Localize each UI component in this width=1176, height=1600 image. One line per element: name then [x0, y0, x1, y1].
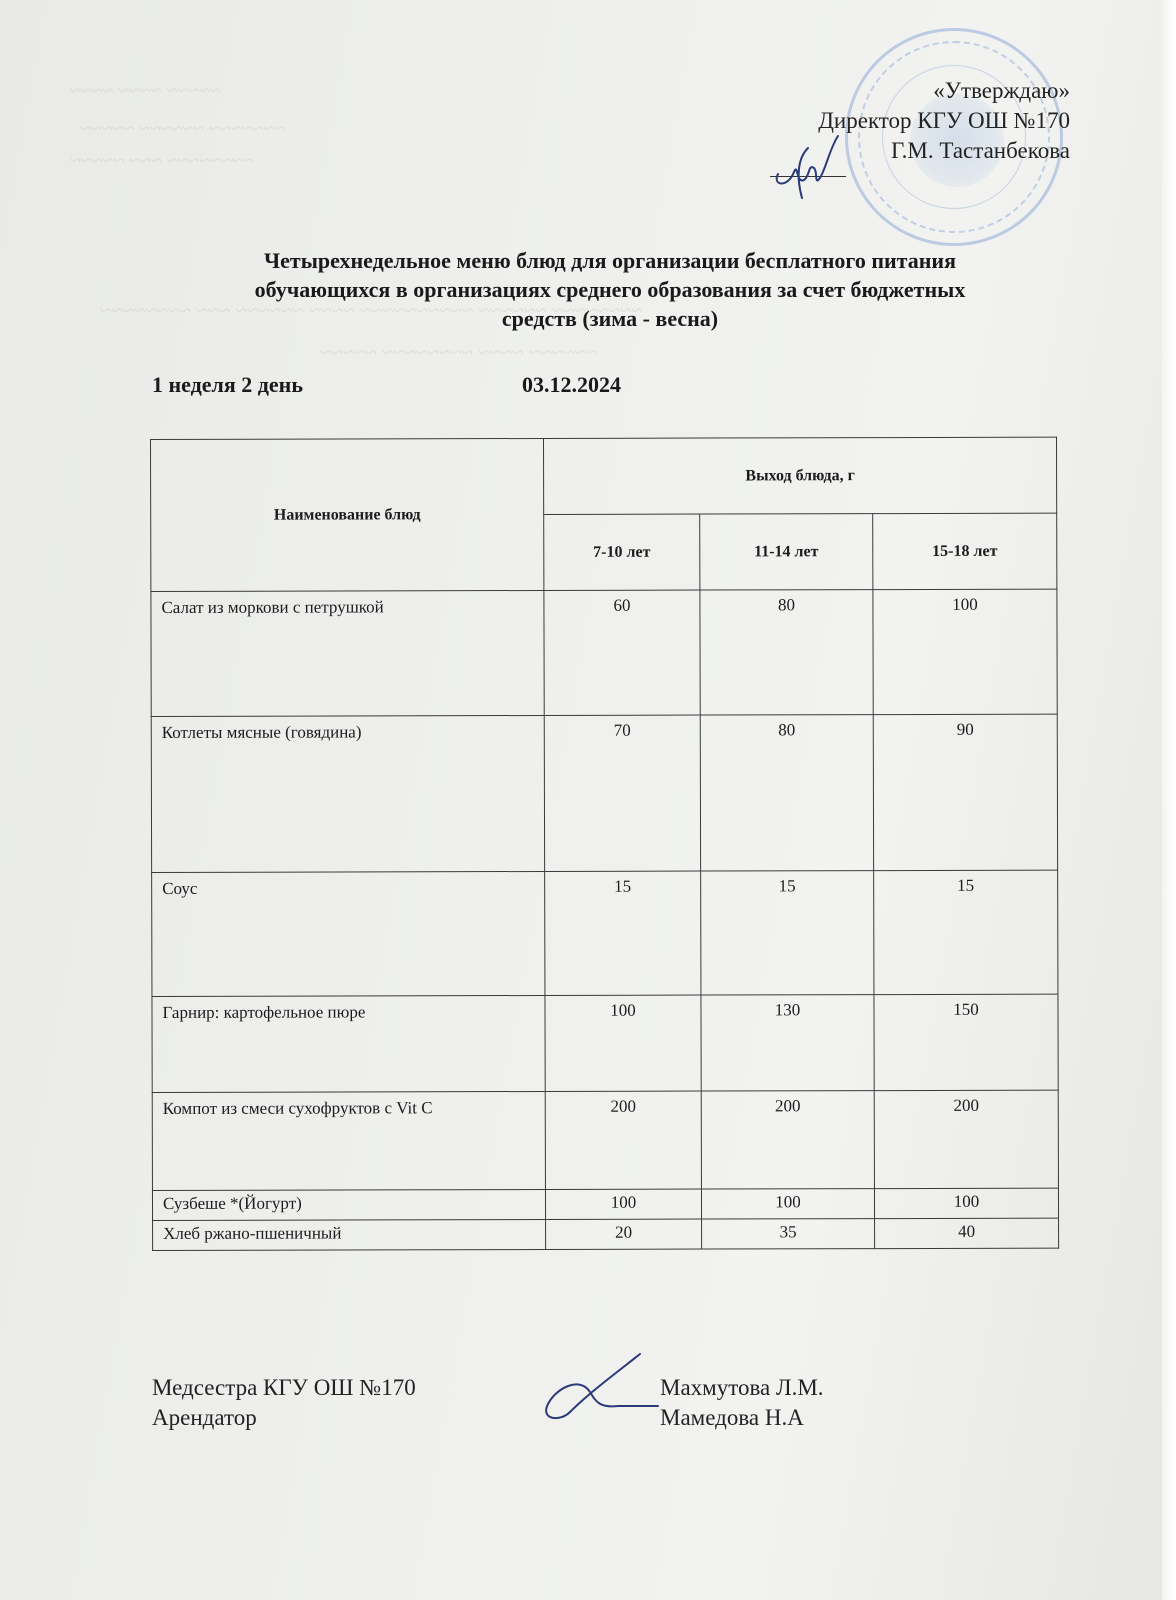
table-row: Хлеб ржано-пшеничный 20 35 40	[153, 1218, 1059, 1250]
tenant-role: Арендатор	[152, 1403, 416, 1433]
week-day-label: 1 неделя 2 день	[152, 372, 303, 398]
dish-name: Сузбеше *(Йогурт)	[152, 1189, 545, 1220]
dish-name: Котлеты мясные (говядина)	[151, 715, 544, 872]
bleed-through-text: ~~~~~~~ ~~~~~~ ~~~~~	[80, 118, 285, 141]
table-row: Компот из смеси сухофруктов с Vit C 200 …	[152, 1090, 1058, 1190]
dish-name: Гарнир: картофельное пюре	[152, 995, 545, 1092]
yield-value: 15	[545, 871, 701, 995]
yield-value: 100	[701, 1189, 874, 1219]
yield-value: 15	[874, 870, 1058, 994]
menu-date: 03.12.2024	[522, 372, 621, 398]
yield-value: 200	[545, 1091, 701, 1189]
dish-name-header: Наименование блюд	[151, 438, 544, 591]
yield-value: 20	[546, 1219, 702, 1249]
yield-value: 100	[873, 589, 1057, 714]
nurse-name: Махмутова Л.М.	[660, 1373, 824, 1403]
title-line-1: Четырехнедельное меню блюд для организац…	[150, 246, 1070, 275]
yield-value: 80	[700, 590, 873, 715]
director-title: Директор КГУ ОШ №170	[818, 106, 1070, 136]
footer-names: Махмутова Л.М. Мамедова Н.А	[660, 1373, 824, 1433]
yield-value: 150	[874, 994, 1058, 1090]
yield-value: 15	[701, 871, 874, 995]
yield-value: 200	[701, 1091, 874, 1189]
yield-value: 35	[702, 1219, 875, 1249]
bleed-through-text: ~~~~~~ ~~~~ ~~~~~~~~ ~~~~~	[320, 340, 597, 365]
table-row: Соус 15 15 15	[152, 870, 1058, 996]
nurse-role: Медсестра КГУ ОШ №170	[152, 1373, 416, 1403]
table-row: Салат из моркови с петрушкой 60 80 100	[151, 589, 1057, 716]
bleed-through-text: ~~~~~ ~~~~ ~~~~	[70, 80, 221, 103]
title-line-2: обучающихся в организациях среднего обра…	[150, 275, 1070, 304]
yield-value: 200	[874, 1090, 1058, 1188]
footer-roles: Медсестра КГУ ОШ №170 Арендатор	[152, 1373, 416, 1433]
menu-table: Наименование блюд Выход блюда, г 7-10 ле…	[150, 437, 1059, 1251]
nurse-signature-icon	[540, 1352, 670, 1422]
table-row: Сузбеше *(Йогурт) 100 100 100	[152, 1188, 1058, 1220]
yield-value: 100	[545, 1189, 701, 1219]
yield-header: Выход блюда, г	[543, 437, 1056, 514]
yield-value: 70	[544, 715, 700, 871]
dish-name: Салат из моркови с петрушкой	[151, 590, 544, 716]
table-row: Котлеты мясные (говядина) 70 80 90	[151, 714, 1057, 872]
dish-name: Соус	[152, 871, 545, 996]
yield-value: 60	[544, 590, 700, 715]
yield-value: 130	[701, 995, 874, 1091]
bleed-through-text: ~~~~~~~~ ~~~ ~~~~~	[70, 150, 253, 173]
yield-value: 80	[700, 715, 873, 871]
dish-name: Компот из смеси сухофруктов с Vit C	[152, 1091, 545, 1190]
yield-value: 90	[873, 714, 1057, 870]
director-name: Г.М. Тастанбекова	[818, 136, 1070, 166]
tenant-name: Мамедова Н.А	[660, 1403, 824, 1433]
approval-block: «Утверждаю» Директор КГУ ОШ №170 Г.М. Та…	[818, 76, 1070, 166]
dish-name: Хлеб ржано-пшеничный	[153, 1219, 546, 1250]
table-row: Гарнир: картофельное пюре 100 130 150	[152, 994, 1058, 1092]
yield-value: 100	[545, 995, 701, 1091]
yield-value: 40	[875, 1218, 1059, 1248]
age-group-header: 11-14 лет	[700, 514, 873, 590]
document-title: Четырехнедельное меню блюд для организац…	[150, 246, 1070, 333]
yield-value: 100	[874, 1188, 1058, 1218]
age-group-header: 15-18 лет	[873, 513, 1057, 589]
page-edge	[1162, 0, 1176, 1600]
title-line-3: средств (зима - весна)	[150, 304, 1070, 333]
age-group-header: 7-10 лет	[544, 514, 700, 590]
approval-label: «Утверждаю»	[818, 76, 1070, 106]
director-signature-line	[770, 176, 846, 177]
